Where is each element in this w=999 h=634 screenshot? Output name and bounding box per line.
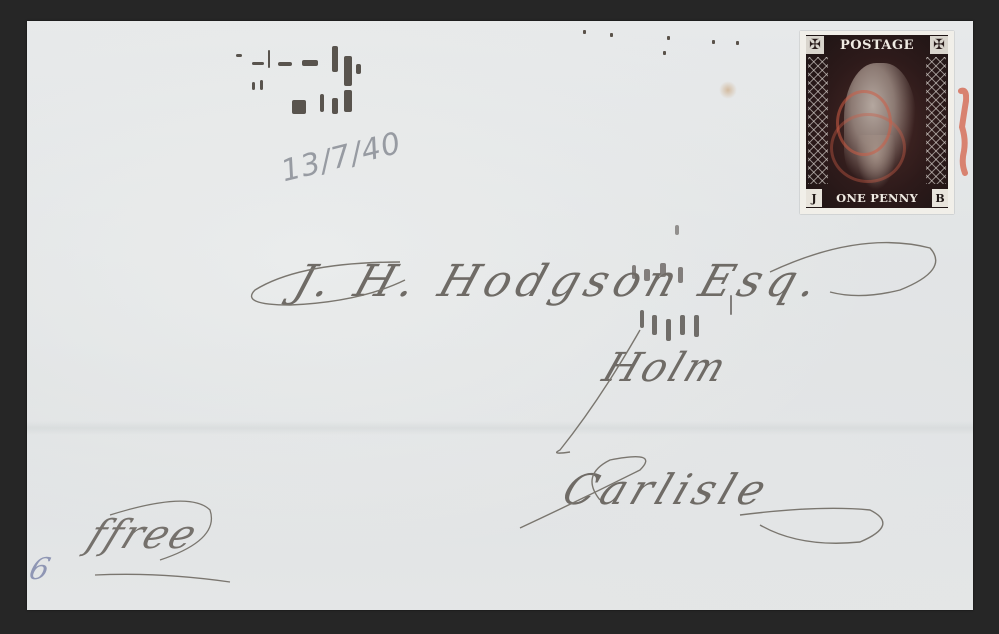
handwriting-flourishes	[0, 0, 999, 634]
